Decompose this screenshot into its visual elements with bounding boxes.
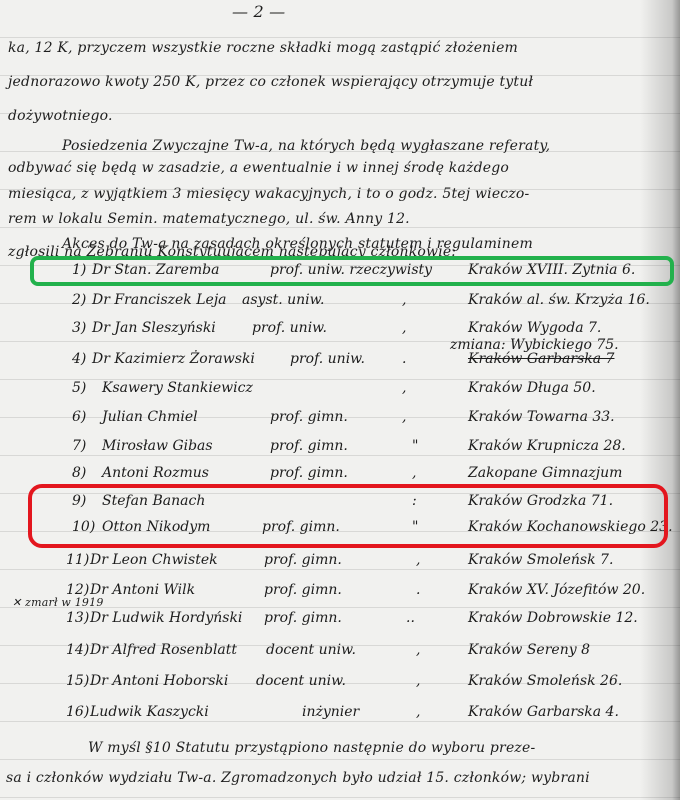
member-number: 4) <box>72 351 86 367</box>
highlight-box-red <box>28 484 668 548</box>
member-title: prof. uniw. <box>290 351 365 367</box>
member-title: inżynier <box>302 704 359 720</box>
member-title: prof. gimn. <box>264 552 342 568</box>
member-row: 14) Dr Alfred Rosenblatt docent uniw. , … <box>66 642 680 666</box>
member-address: Kraków Smoleńsk 26. <box>468 673 622 689</box>
member-ditto: , <box>402 292 406 308</box>
member-title: prof. gimn. <box>270 465 348 481</box>
member-row: 11) Dr Leon Chwistek prof. gimn. , Krakó… <box>66 552 680 576</box>
member-row: 12) Dr Antoni Wilk prof. gimn. . Kraków … <box>66 582 680 606</box>
member-number: 2) <box>72 292 86 308</box>
member-name: Ludwik Kaszycki <box>90 704 209 720</box>
member-row: 16) Ludwik Kaszycki inżynier , Kraków Ga… <box>66 704 680 728</box>
member-row: 5) Ksawery Stankiewicz , Kraków Długa 50… <box>72 380 680 404</box>
paragraph-line: dożywotniego. <box>8 108 113 124</box>
member-ditto: .. <box>406 610 415 626</box>
member-row: 2) Dr Franciszek Leja asyst. uniw. , Kra… <box>72 292 680 316</box>
member-title: docent uniw. <box>266 642 356 658</box>
member-name: Dr Kazimierz Żorawski <box>92 351 255 367</box>
member-ditto: " <box>412 438 418 454</box>
highlight-box-green <box>30 256 674 286</box>
member-name: Dr Alfred Rosenblatt <box>90 642 237 658</box>
member-name: Dr Franciszek Leja <box>92 292 227 308</box>
member-number: 6) <box>72 409 86 425</box>
member-address-struck: Kraków Garbarska 7 <box>468 351 614 367</box>
member-number: 13) <box>66 610 89 626</box>
paragraph-line: ka, 12 K, przyczem wszystkie roczne skła… <box>8 40 518 56</box>
member-ditto: . <box>402 351 406 367</box>
closing-line: sa i członków wydziału Tw-a. Zgromadzony… <box>6 770 590 786</box>
paragraph-line: miesiąca, z wyjątkiem 3 miesięcy wakacyj… <box>8 186 530 202</box>
member-title: prof. gimn. <box>264 610 342 626</box>
member-number: 16) <box>66 704 89 720</box>
margin-note: ✕ zmarł w 1919 <box>12 596 104 609</box>
manuscript-page: — 2 — ka, 12 K, przyczem wszystkie roczn… <box>0 0 680 800</box>
member-address: Kraków al. św. Krzyża 16. <box>468 292 650 308</box>
member-ditto: , <box>416 704 420 720</box>
member-row: 15) Dr Antoni Hoborski docent uniw. , Kr… <box>66 673 680 697</box>
member-address: Kraków Towarna 33. <box>468 409 615 425</box>
member-row: 13) Dr Ludwik Hordyński prof. gimn. .. K… <box>66 610 680 634</box>
member-ditto: , <box>402 409 406 425</box>
member-name: Mirosław Gibas <box>102 438 213 454</box>
paragraph-line: odbywać się będą w zasadzie, a ewentualn… <box>8 160 509 176</box>
member-name: Dr Antoni Wilk <box>90 582 195 598</box>
member-name: Dr Ludwik Hordyński <box>90 610 242 626</box>
closing-line: W myśl §10 Statutu przystąpiono następni… <box>88 740 535 756</box>
member-number: 5) <box>72 380 86 396</box>
paragraph-line: jednorazowo kwoty 250 K, przez co człone… <box>8 74 533 90</box>
member-address: Kraków Sereny 8 <box>468 642 590 658</box>
member-address-correction: zmiana: Wybickiego 75. <box>450 337 619 353</box>
member-address: Kraków Smoleńsk 7. <box>468 552 613 568</box>
member-ditto: , <box>402 320 406 336</box>
member-address: Kraków Długa 50. <box>468 380 596 396</box>
member-ditto: , <box>416 673 420 689</box>
member-address: Kraków Krupnicza 28. <box>468 438 626 454</box>
member-row: 6) Julian Chmiel prof. gimn. , Kraków To… <box>72 409 680 433</box>
member-ditto: . <box>416 582 420 598</box>
member-title: prof. uniw. <box>252 320 327 336</box>
member-ditto: , <box>402 380 406 396</box>
member-address: Kraków Garbarska 4. <box>468 704 619 720</box>
member-name: Julian Chmiel <box>102 409 198 425</box>
member-number: 8) <box>72 465 86 481</box>
member-address: Kraków Dobrowskie 12. <box>468 610 638 626</box>
member-ditto: , <box>412 465 416 481</box>
member-name: Ksawery Stankiewicz <box>102 380 253 396</box>
member-number: 14) <box>66 642 89 658</box>
member-ditto: , <box>416 642 420 658</box>
member-title: docent uniw. <box>256 673 346 689</box>
member-title: asyst. uniw. <box>242 292 324 308</box>
member-number: 15) <box>66 673 89 689</box>
page-number: — 2 — <box>232 2 285 21</box>
member-row: 4) Dr Kazimierz Żorawski prof. uniw. . K… <box>72 351 680 375</box>
member-name: Dr Leon Chwistek <box>90 552 218 568</box>
member-ditto: , <box>416 552 420 568</box>
member-row: 7) Mirosław Gibas prof. gimn. " Kraków K… <box>72 438 680 462</box>
member-title: prof. gimn. <box>264 582 342 598</box>
paragraph-line: Posiedzenia Zwyczajne Tw-a, na których b… <box>62 138 550 154</box>
member-address: Kraków XV. Józefitów 20. <box>468 582 645 598</box>
member-name: Dr Jan Sleszyński <box>92 320 216 336</box>
member-title: prof. gimn. <box>270 409 348 425</box>
member-address: Zakopane Gimnazjum <box>468 465 622 481</box>
member-name: Dr Antoni Hoborski <box>90 673 228 689</box>
member-number: 11) <box>66 552 89 568</box>
member-name: Antoni Rozmus <box>102 465 209 481</box>
member-number: 3) <box>72 320 86 336</box>
member-number: 7) <box>72 438 86 454</box>
member-title: prof. gimn. <box>270 438 348 454</box>
paragraph-line: rem w lokalu Semin. matematycznego, ul. … <box>8 211 410 227</box>
member-address: Kraków Wygoda 7. <box>468 320 601 336</box>
